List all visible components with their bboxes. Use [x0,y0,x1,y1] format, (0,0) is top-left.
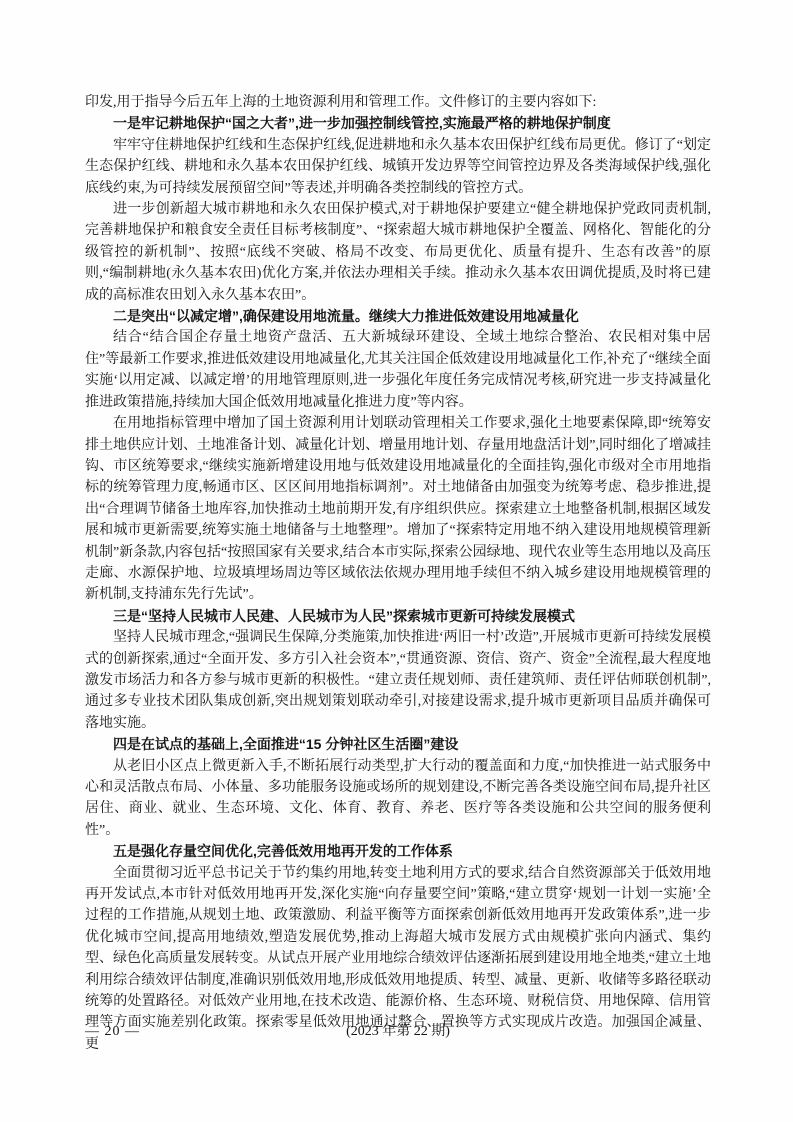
paragraph-section-2a: 结合“结合国企存量土地资产盘活、五大新城绿环建设、全域土地综合整治、农民相对集中… [85,327,711,413]
paragraph-continuation: 印发,用于指导今后五年上海的土地资源利用和管理工作。文件修订的主要内容如下: [85,92,711,113]
heading-section-4: 四是在试点的基础上,全面推进“15 分钟社区生活圈”建设 [85,734,711,755]
paragraph-section-1a: 牢牢守住耕地保护红线和生态保护红线,促进耕地和永久基本农田保护红线布局更优。修订… [85,135,711,199]
issue-label: (2023 年第 22 期) [85,1021,711,1042]
heading-section-1: 一是牢记耕地保护“国之大者”,进一步加强控制线管控,实施最严格的耕地保护制度 [85,113,711,134]
paragraph-section-2b: 在用地指标管理中增加了国土资源利用计划联动管理相关工作要求,强化土地要素保障,即… [85,413,711,606]
heading-section-3: 三是“坚持人民城市人民建、人民城市为人民”探索城市更新可持续发展模式 [85,606,711,627]
document-body: 印发,用于指导今后五年上海的土地资源利用和管理工作。文件修订的主要内容如下: 一… [85,92,711,1055]
heading-section-5: 五是强化存量空间优化,完善低效用地再开发的工作体系 [85,841,711,862]
paragraph-section-4a: 从老旧小区点上微更新入手,不断拓展行动类型,扩大行动的覆盖面和力度,“加快推进一… [85,756,711,842]
document-page: 印发,用于指导今后五年上海的土地资源利用和管理工作。文件修订的主要内容如下: 一… [0,0,793,1122]
paragraph-section-1b: 进一步创新超大城市耕地和永久农田保护模式,对于耕地保护要建立“健全耕地保护党政同… [85,199,711,306]
page-number: — 20 — [85,1021,140,1042]
page-footer: — 20 — (2023 年第 22 期) [85,1021,711,1043]
heading-section-2: 二是突出“以减定增”,确保建设用地流量。继续大力推进低效建设用地减量化 [85,306,711,327]
paragraph-section-3a: 坚持人民城市理念,“强调民生保障,分类施策,加快推进‘两旧一村’改造”,开展城市… [85,627,711,734]
